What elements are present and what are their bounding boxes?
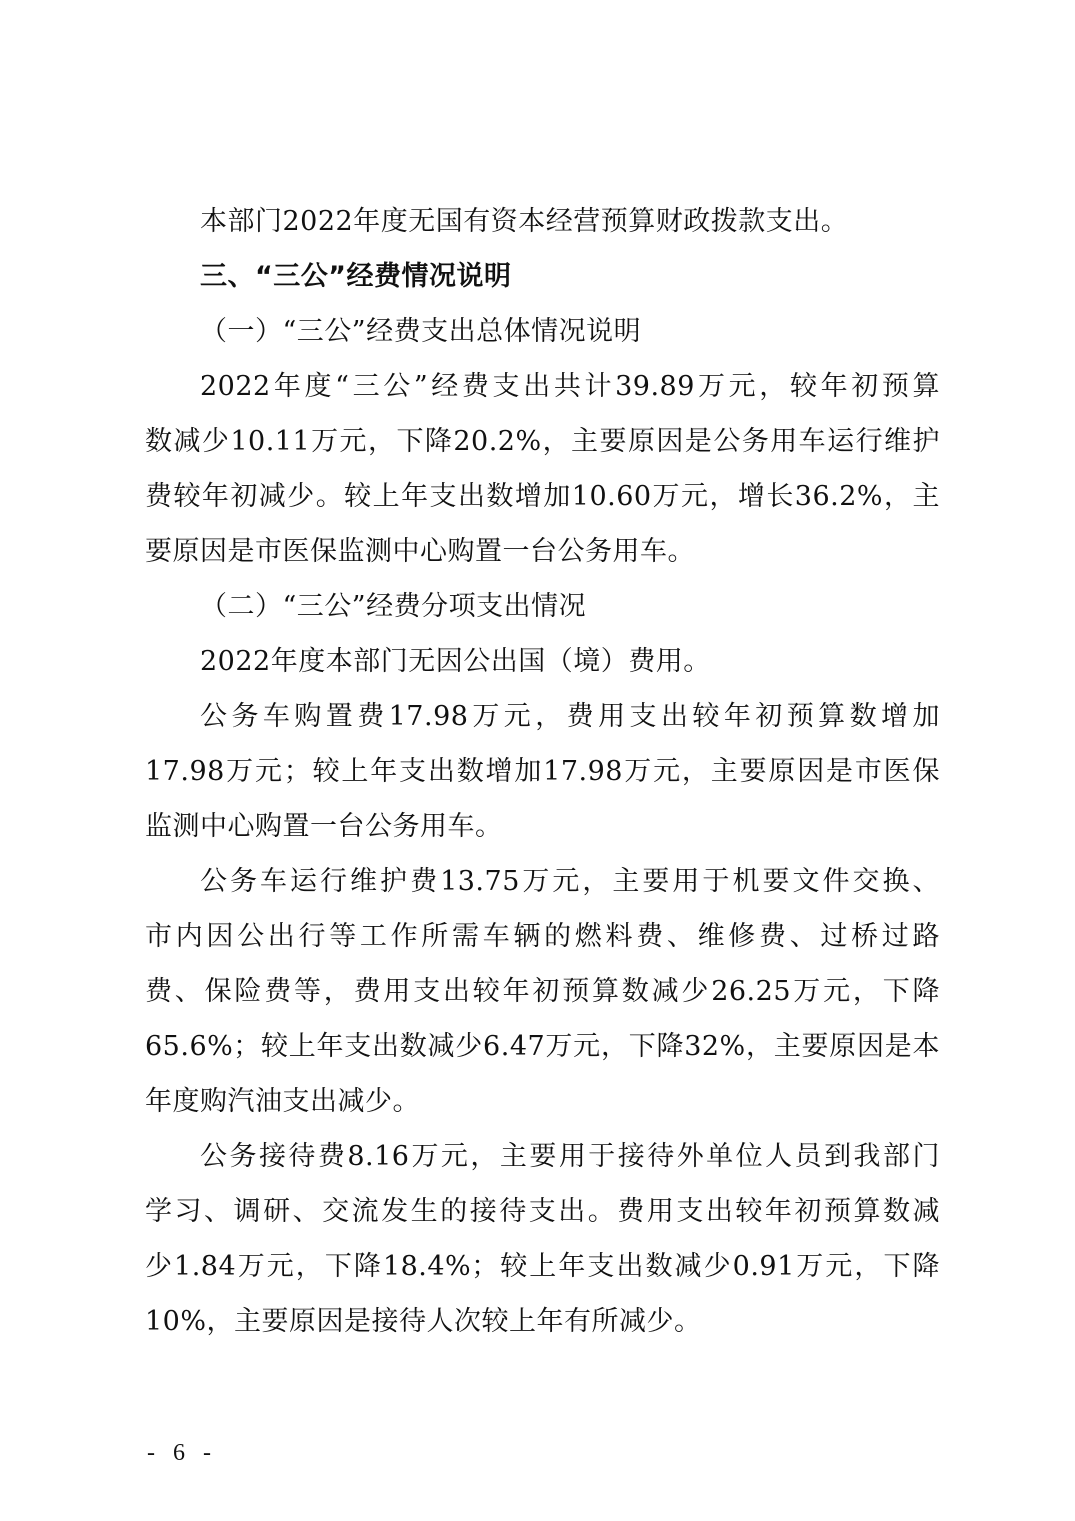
paragraph-line: 17.98万元；较上年支出数增加17.98万元，主要原因是市医保: [145, 752, 940, 792]
paragraph-line: 费较年初减少。较上年支出数增加10.60万元，增长36.2%，主: [145, 477, 940, 517]
paragraph-line: 要原因是市医保监测中心购置一台公务用车。: [145, 532, 940, 572]
paragraph-line: 市内因公出行等工作所需车辆的燃料费、维修费、过桥过路: [145, 917, 940, 957]
paragraph-line: 监测中心购置一台公务用车。: [145, 807, 940, 847]
section-heading: 三、“三公”经费情况说明: [200, 257, 940, 297]
paragraph-line: 10%，主要原因是接待人次较上年有所减少。: [145, 1302, 940, 1342]
paragraph-line: 公务接待费8.16万元，主要用于接待外单位人员到我部门: [200, 1137, 940, 1177]
paragraph-line: 65.6%；较上年支出数减少6.47万元，下降32%，主要原因是本: [145, 1027, 940, 1067]
paragraph-line: 学习、调研、交流发生的接待支出。费用支出较年初预算数减: [145, 1192, 940, 1232]
paragraph-line: 2022年度本部门无因公出国（境）费用。: [200, 642, 940, 682]
paragraph-line: 年度购汽油支出减少。: [145, 1082, 940, 1122]
paragraph-line: 本部门2022年度无国有资本经营预算财政拨款支出。: [200, 202, 940, 242]
paragraph-line: 少1.84万元，下降18.4%；较上年支出数减少0.91万元，下降: [145, 1247, 940, 1287]
subsection-heading: （一）“三公”经费支出总体情况说明: [200, 312, 940, 352]
paragraph-line: 费、保险费等，费用支出较年初预算数减少26.25万元，下降: [145, 972, 940, 1012]
subsection-heading: （二）“三公”经费分项支出情况: [200, 587, 940, 627]
paragraph-line: 公务车运行维护费13.75万元，主要用于机要文件交换、: [200, 862, 940, 902]
paragraph-line: 数减少10.11万元，下降20.2%，主要原因是公务用车运行维护: [145, 422, 940, 462]
page-number: - 6 -: [147, 1438, 217, 1468]
paragraph-line: 公务车购置费17.98万元，费用支出较年初预算数增加: [200, 697, 940, 737]
paragraph-line: 2022年度“三公”经费支出共计39.89万元，较年初预算: [200, 367, 940, 407]
